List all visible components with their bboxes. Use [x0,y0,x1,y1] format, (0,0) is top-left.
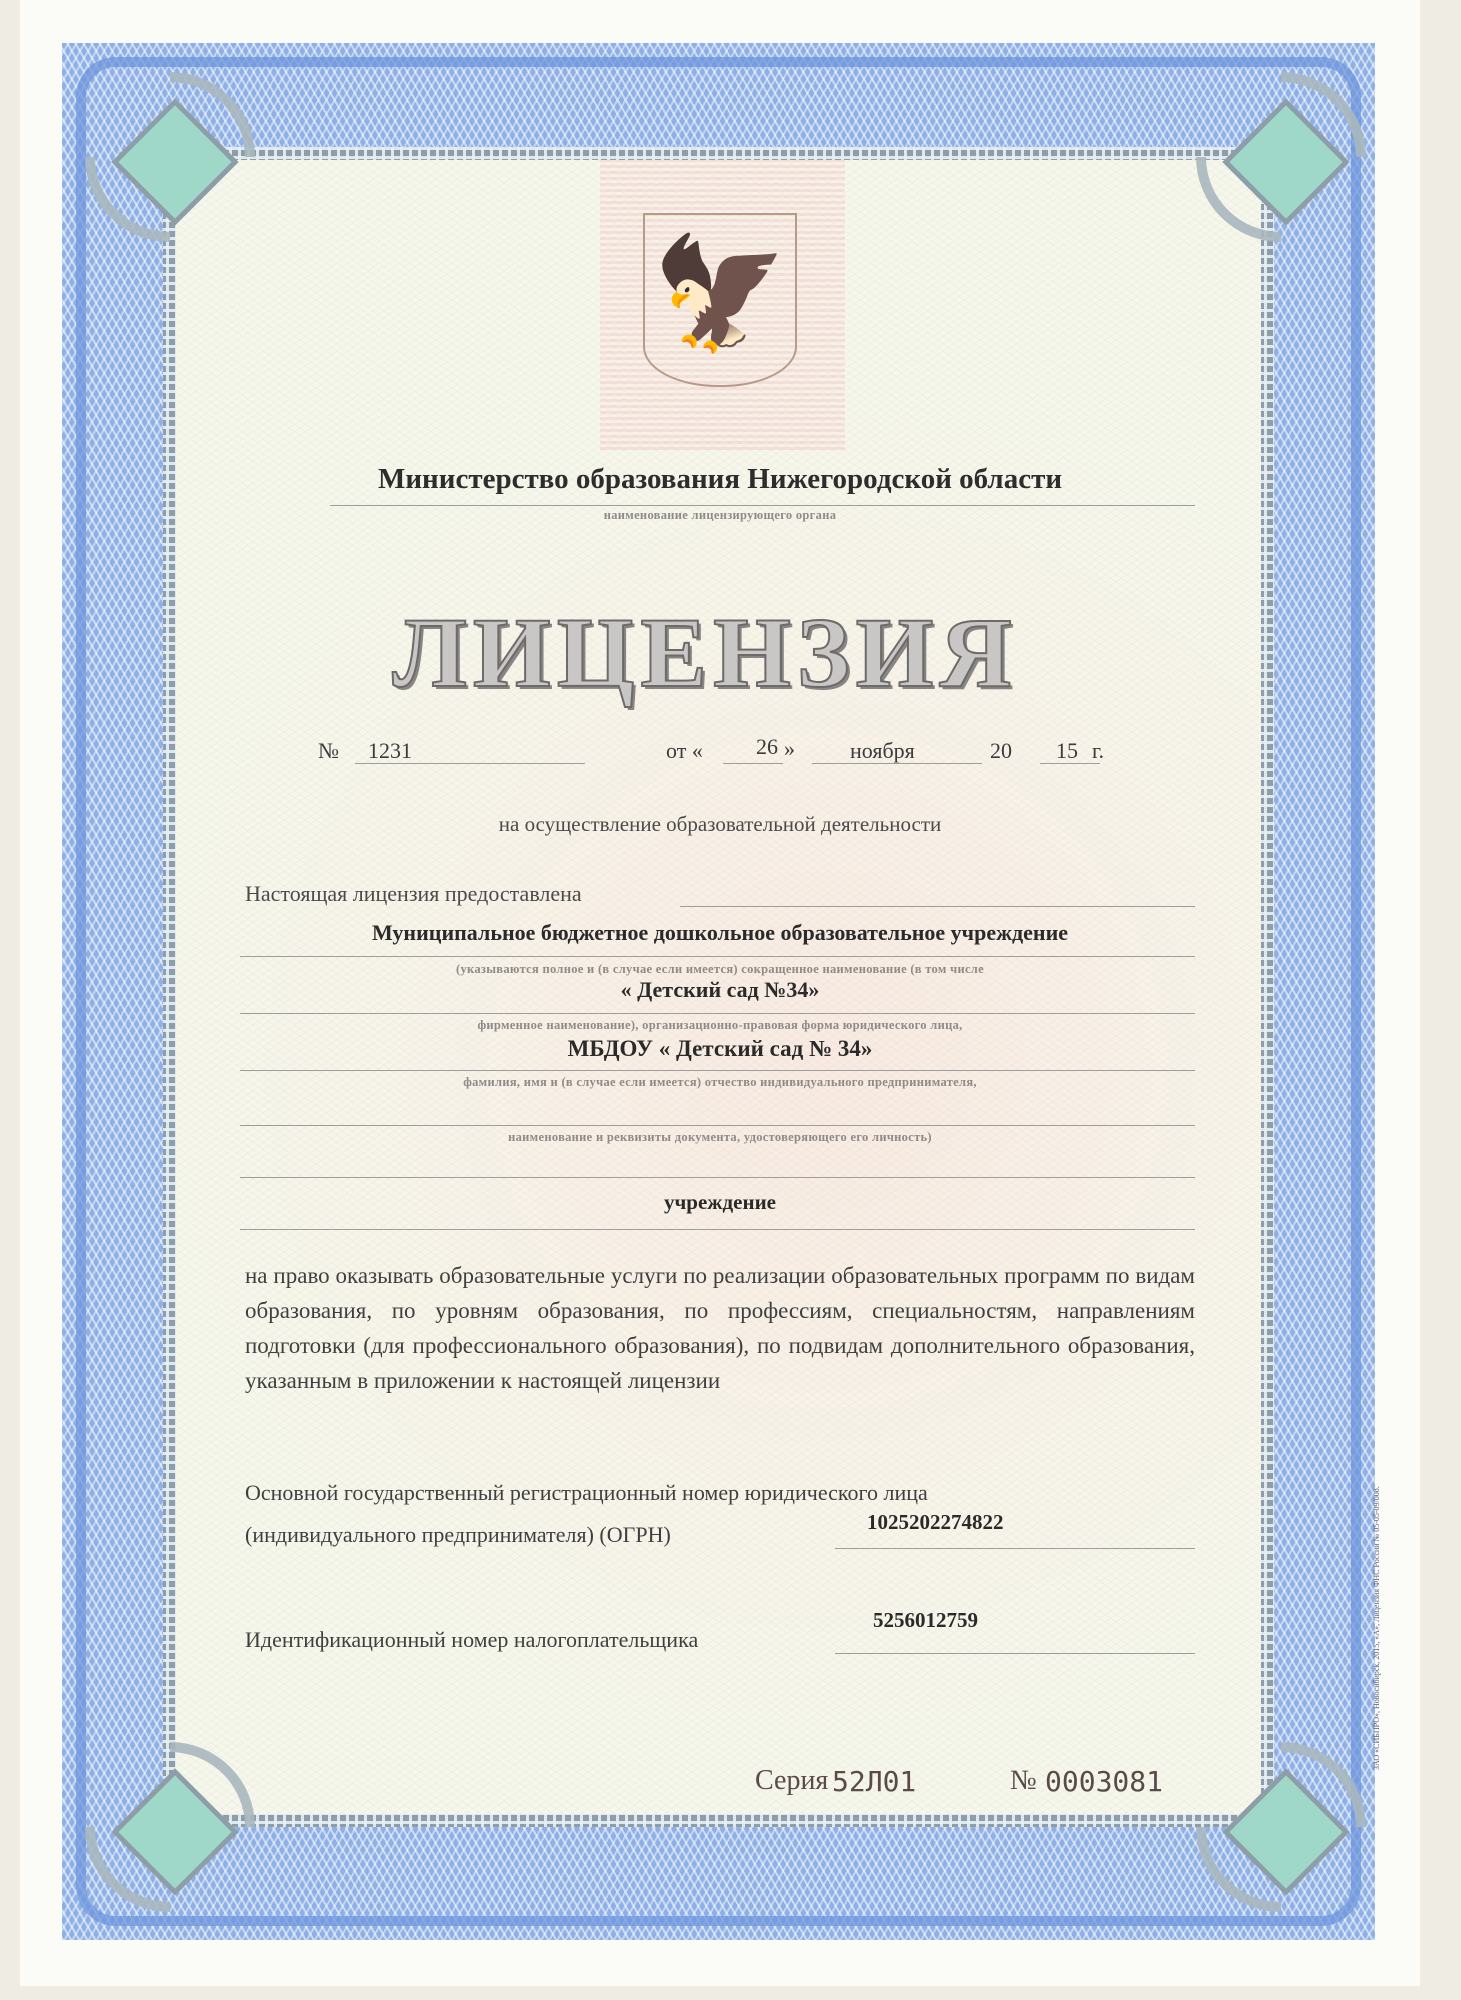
field-rule [240,1229,1195,1230]
field-rule [1040,763,1100,764]
granted-label: Настоящая лицензия предоставлена [245,881,582,907]
ogrn-label-line-2: (индивидуального предпринимателя) (ОГРН) [245,1522,671,1548]
name-caption-4: наименование и реквизиты документа, удос… [245,1130,1195,1145]
field-rule [330,505,1195,506]
field-rule [835,1548,1195,1549]
year-suffix: 15 [1056,738,1078,764]
field-rule [680,906,1195,907]
form-number-value: 0003081 [1045,1765,1163,1798]
year-prefix: 20 [990,738,1012,764]
corner-ornament-icon [1196,72,1366,242]
field-rule [835,1653,1195,1654]
licensee-short-name: МБДОУ « Детский сад № 34» [245,1036,1195,1062]
date-from-label: от « [666,738,703,764]
inn-value: 5256012759 [873,1608,978,1633]
name-caption-1: (указываются полное и (в случае если име… [245,962,1195,977]
license-purpose: на осуществление образовательной деятель… [245,812,1195,837]
inn-label: Идентификационный номер налогоплательщик… [245,1627,698,1653]
field-rule [240,1177,1195,1178]
printer-microtext: ЗАО «СИБПРО», Новосибирск, 2015, «А», Ли… [1372,1486,1381,1770]
field-rule [812,763,982,764]
corner-ornament-icon [85,72,255,242]
ogrn-value: 1025202274822 [867,1510,1004,1535]
licensing-authority: Министерство образования Нижегородской о… [245,463,1195,496]
ogrn-label-line-1: Основной государственный регистрационный… [245,1480,928,1506]
series-value: 52Л01 [832,1765,916,1798]
license-month: ноября [850,738,915,764]
license-number: 1231 [368,738,412,764]
authority-caption: наименование лицензирующего органа [245,508,1195,523]
license-number-label: № [318,738,339,764]
day-quote-close: » [784,736,795,762]
form-number-label: № [1010,1765,1037,1797]
field-rule [240,1013,1195,1014]
field-rule [355,763,585,764]
license-day: 26 [756,734,778,760]
licensee-name-line-2: « Детский сад №34» [245,977,1195,1003]
license-rights-text: на право оказывать образовательные услуг… [245,1258,1195,1398]
coat-of-arms-icon: 🦅 [643,213,797,387]
field-rule [240,956,1195,957]
licensee-full-name: Муниципальное бюджетное дошкольное образ… [245,920,1195,946]
corner-ornament-icon [1196,1742,1366,1912]
name-caption-2: фирменное наименование), организационно-… [245,1018,1195,1033]
field-rule [240,1125,1195,1126]
document-title: ЛИЦЕНЗИЯ [380,595,1030,710]
legal-form: учреждение [245,1190,1195,1215]
year-unit: г. [1092,738,1104,764]
corner-ornament-icon [85,1742,255,1912]
name-caption-3: фамилия, имя и (в случае если имеется) о… [245,1075,1195,1090]
field-rule [723,763,783,764]
series-label: Серия [755,1765,828,1797]
field-rule [240,1070,1195,1071]
